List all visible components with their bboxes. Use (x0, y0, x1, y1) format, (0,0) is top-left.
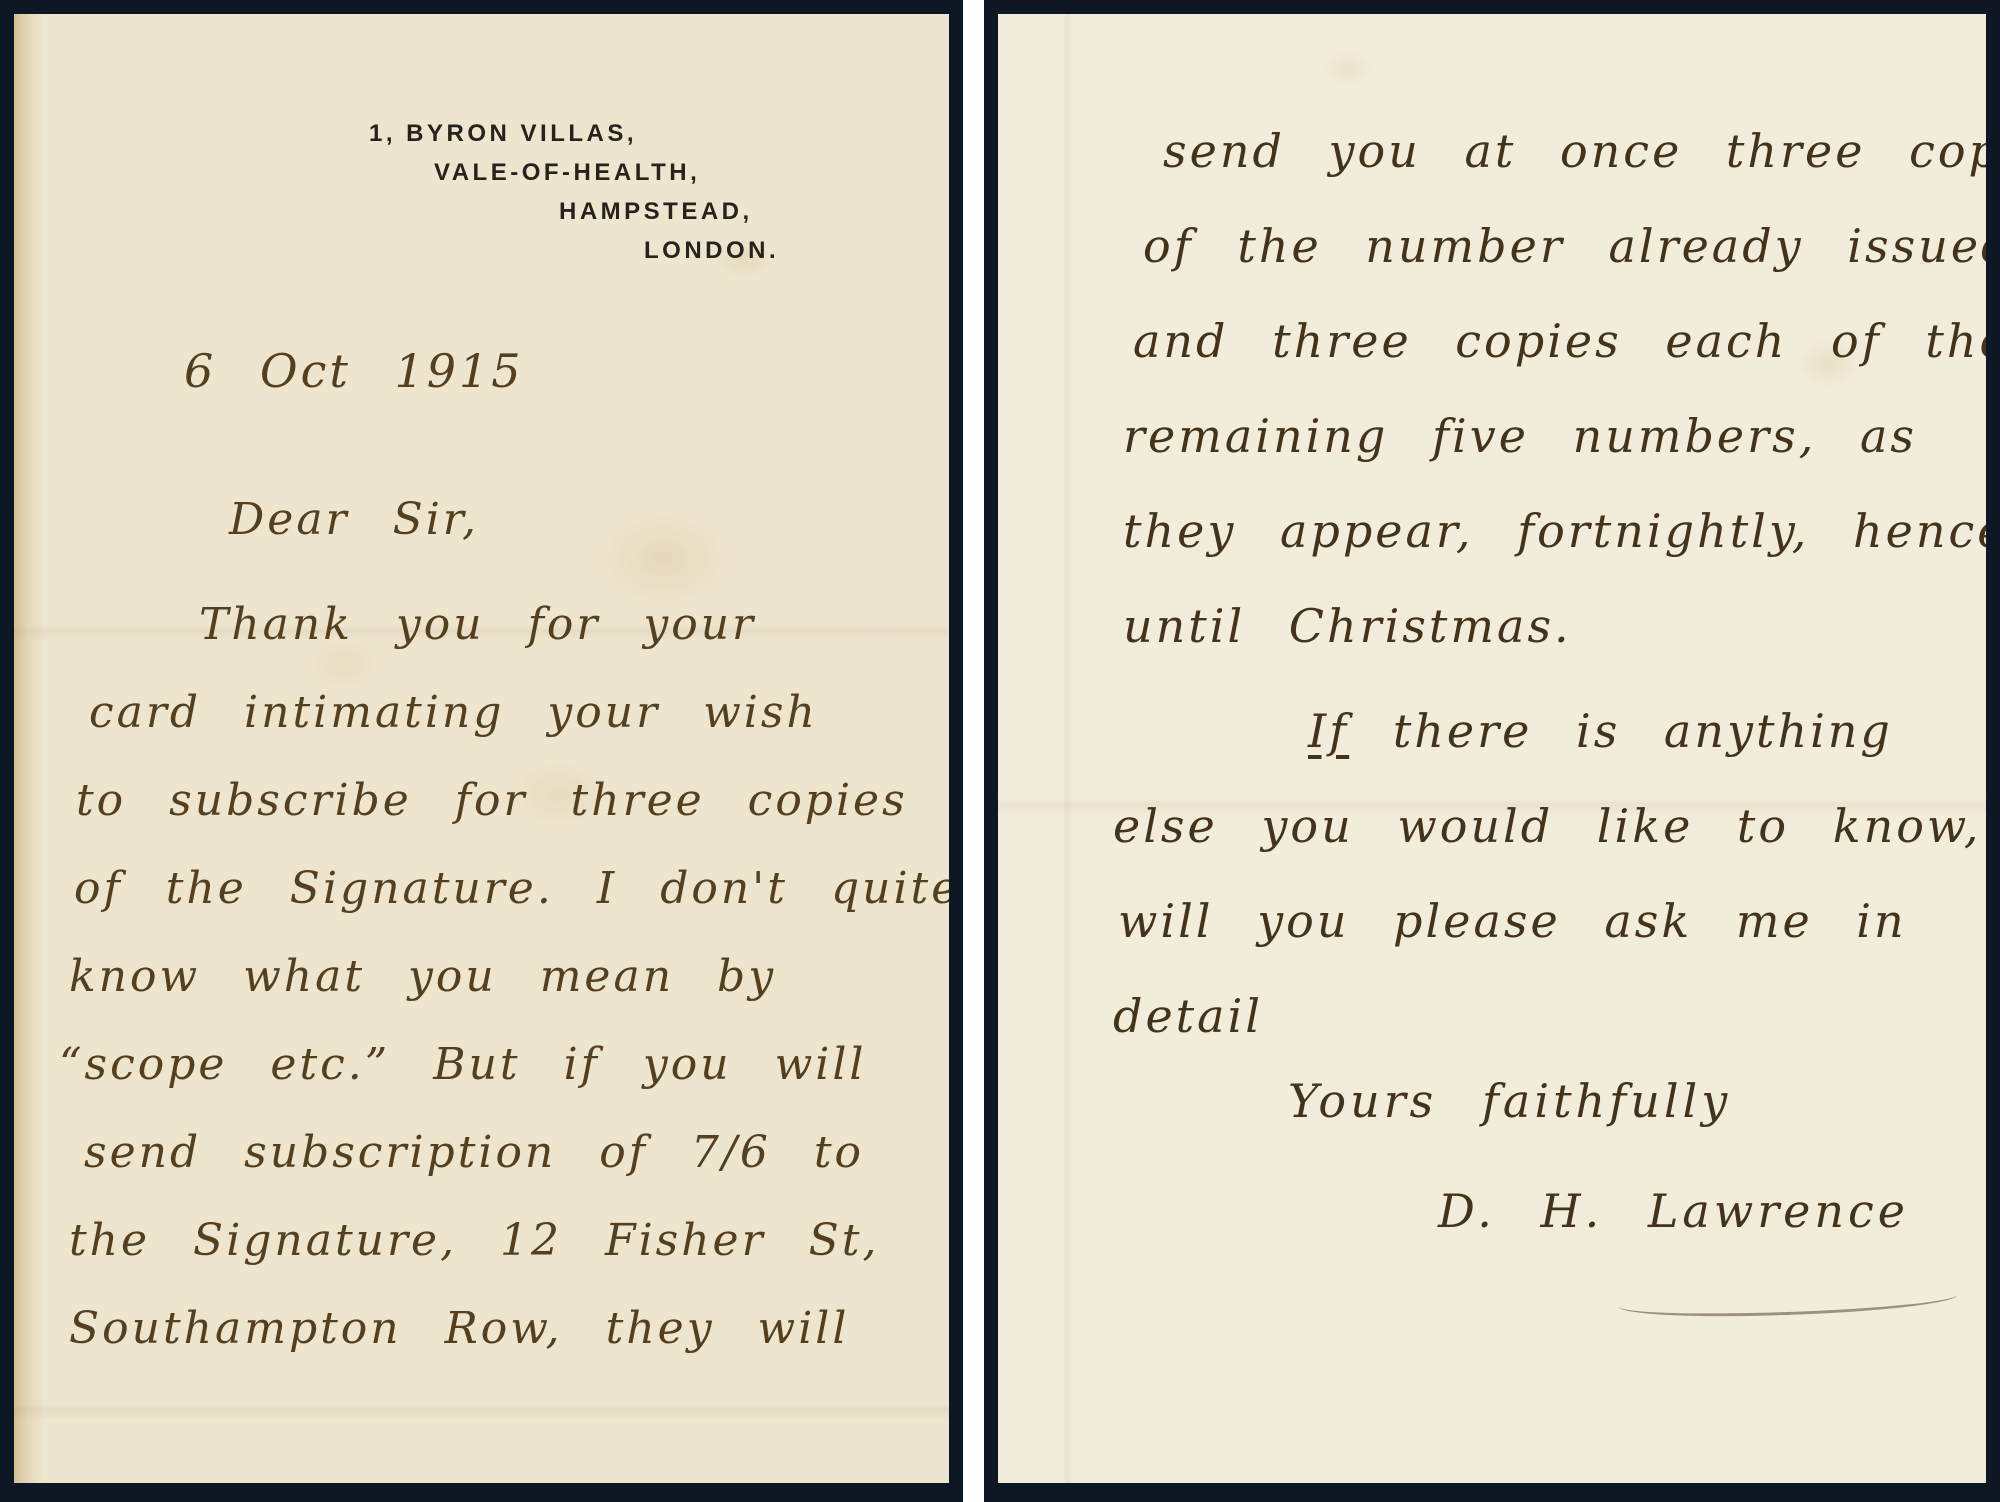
valediction: Yours faithfully (1288, 1074, 1731, 1128)
handwritten-line: the Signature, 12 Fisher St, (69, 1215, 879, 1266)
handwritten-line: and three copies each of the (1133, 314, 1986, 368)
author-signature: D. H. Lawrence (1438, 1184, 1909, 1238)
aged-paper-edge (14, 14, 44, 1483)
handwritten-line: will you please ask me in (1118, 894, 1907, 948)
salutation: Dear Sir, (229, 494, 479, 545)
letter-date: 6 Oct 1915 (184, 344, 524, 398)
signature-flourish (1618, 1280, 1959, 1321)
letter-page-1-frame: 1, BYRON VILLAS, VALE-OF-HEALTH, HAMPSTE… (0, 0, 963, 1502)
letter-page-2-frame: send you at once three copies of the num… (984, 0, 2000, 1502)
letterhead-line: LONDON. (644, 231, 779, 270)
letterhead-line: 1, BYRON VILLAS, (369, 114, 779, 153)
handwritten-line: Thank you for your (199, 599, 756, 650)
letterhead: 1, BYRON VILLAS, VALE-OF-HEALTH, HAMPSTE… (369, 114, 779, 270)
handwritten-line: Southampton Row, they will (69, 1303, 849, 1354)
letter-page-2-paper: send you at once three copies of the num… (998, 14, 1986, 1483)
handwritten-line: of the Signature. I don't quite (74, 863, 949, 914)
letter-page-1-paper: 1, BYRON VILLAS, VALE-OF-HEALTH, HAMPSTE… (14, 14, 949, 1483)
handwritten-line: card intimating your wish (89, 687, 818, 738)
handwritten-line: they appear, fortnightly, hence (1123, 504, 1986, 558)
handwritten-line: remaining five numbers, as (1123, 409, 1917, 463)
underlined-word: If (1308, 704, 1349, 758)
handwritten-line: know what you mean by (69, 951, 776, 1002)
handwritten-line: detail (1113, 989, 1263, 1043)
handwritten-line: of the number already issued, (1143, 219, 1986, 273)
handwritten-line-rest: there is anything (1349, 704, 1893, 758)
letterhead-line: HAMPSTEAD, (559, 192, 779, 231)
handwritten-line: to subscribe for three copies (76, 775, 908, 826)
handwritten-line: send you at once three copies (1163, 124, 1986, 178)
scanned-letter: 1, BYRON VILLAS, VALE-OF-HEALTH, HAMPSTE… (0, 0, 2000, 1502)
handwritten-line: until Christmas. (1123, 599, 1572, 653)
letterhead-line: VALE-OF-HEALTH, (434, 153, 779, 192)
handwritten-line: send subscription of 7/6 to (84, 1127, 864, 1178)
handwritten-line: else you would like to know, (1113, 799, 1981, 853)
handwritten-line: “scope etc.” But if you will (59, 1039, 866, 1090)
handwritten-line: If there is anything (1308, 704, 1893, 758)
